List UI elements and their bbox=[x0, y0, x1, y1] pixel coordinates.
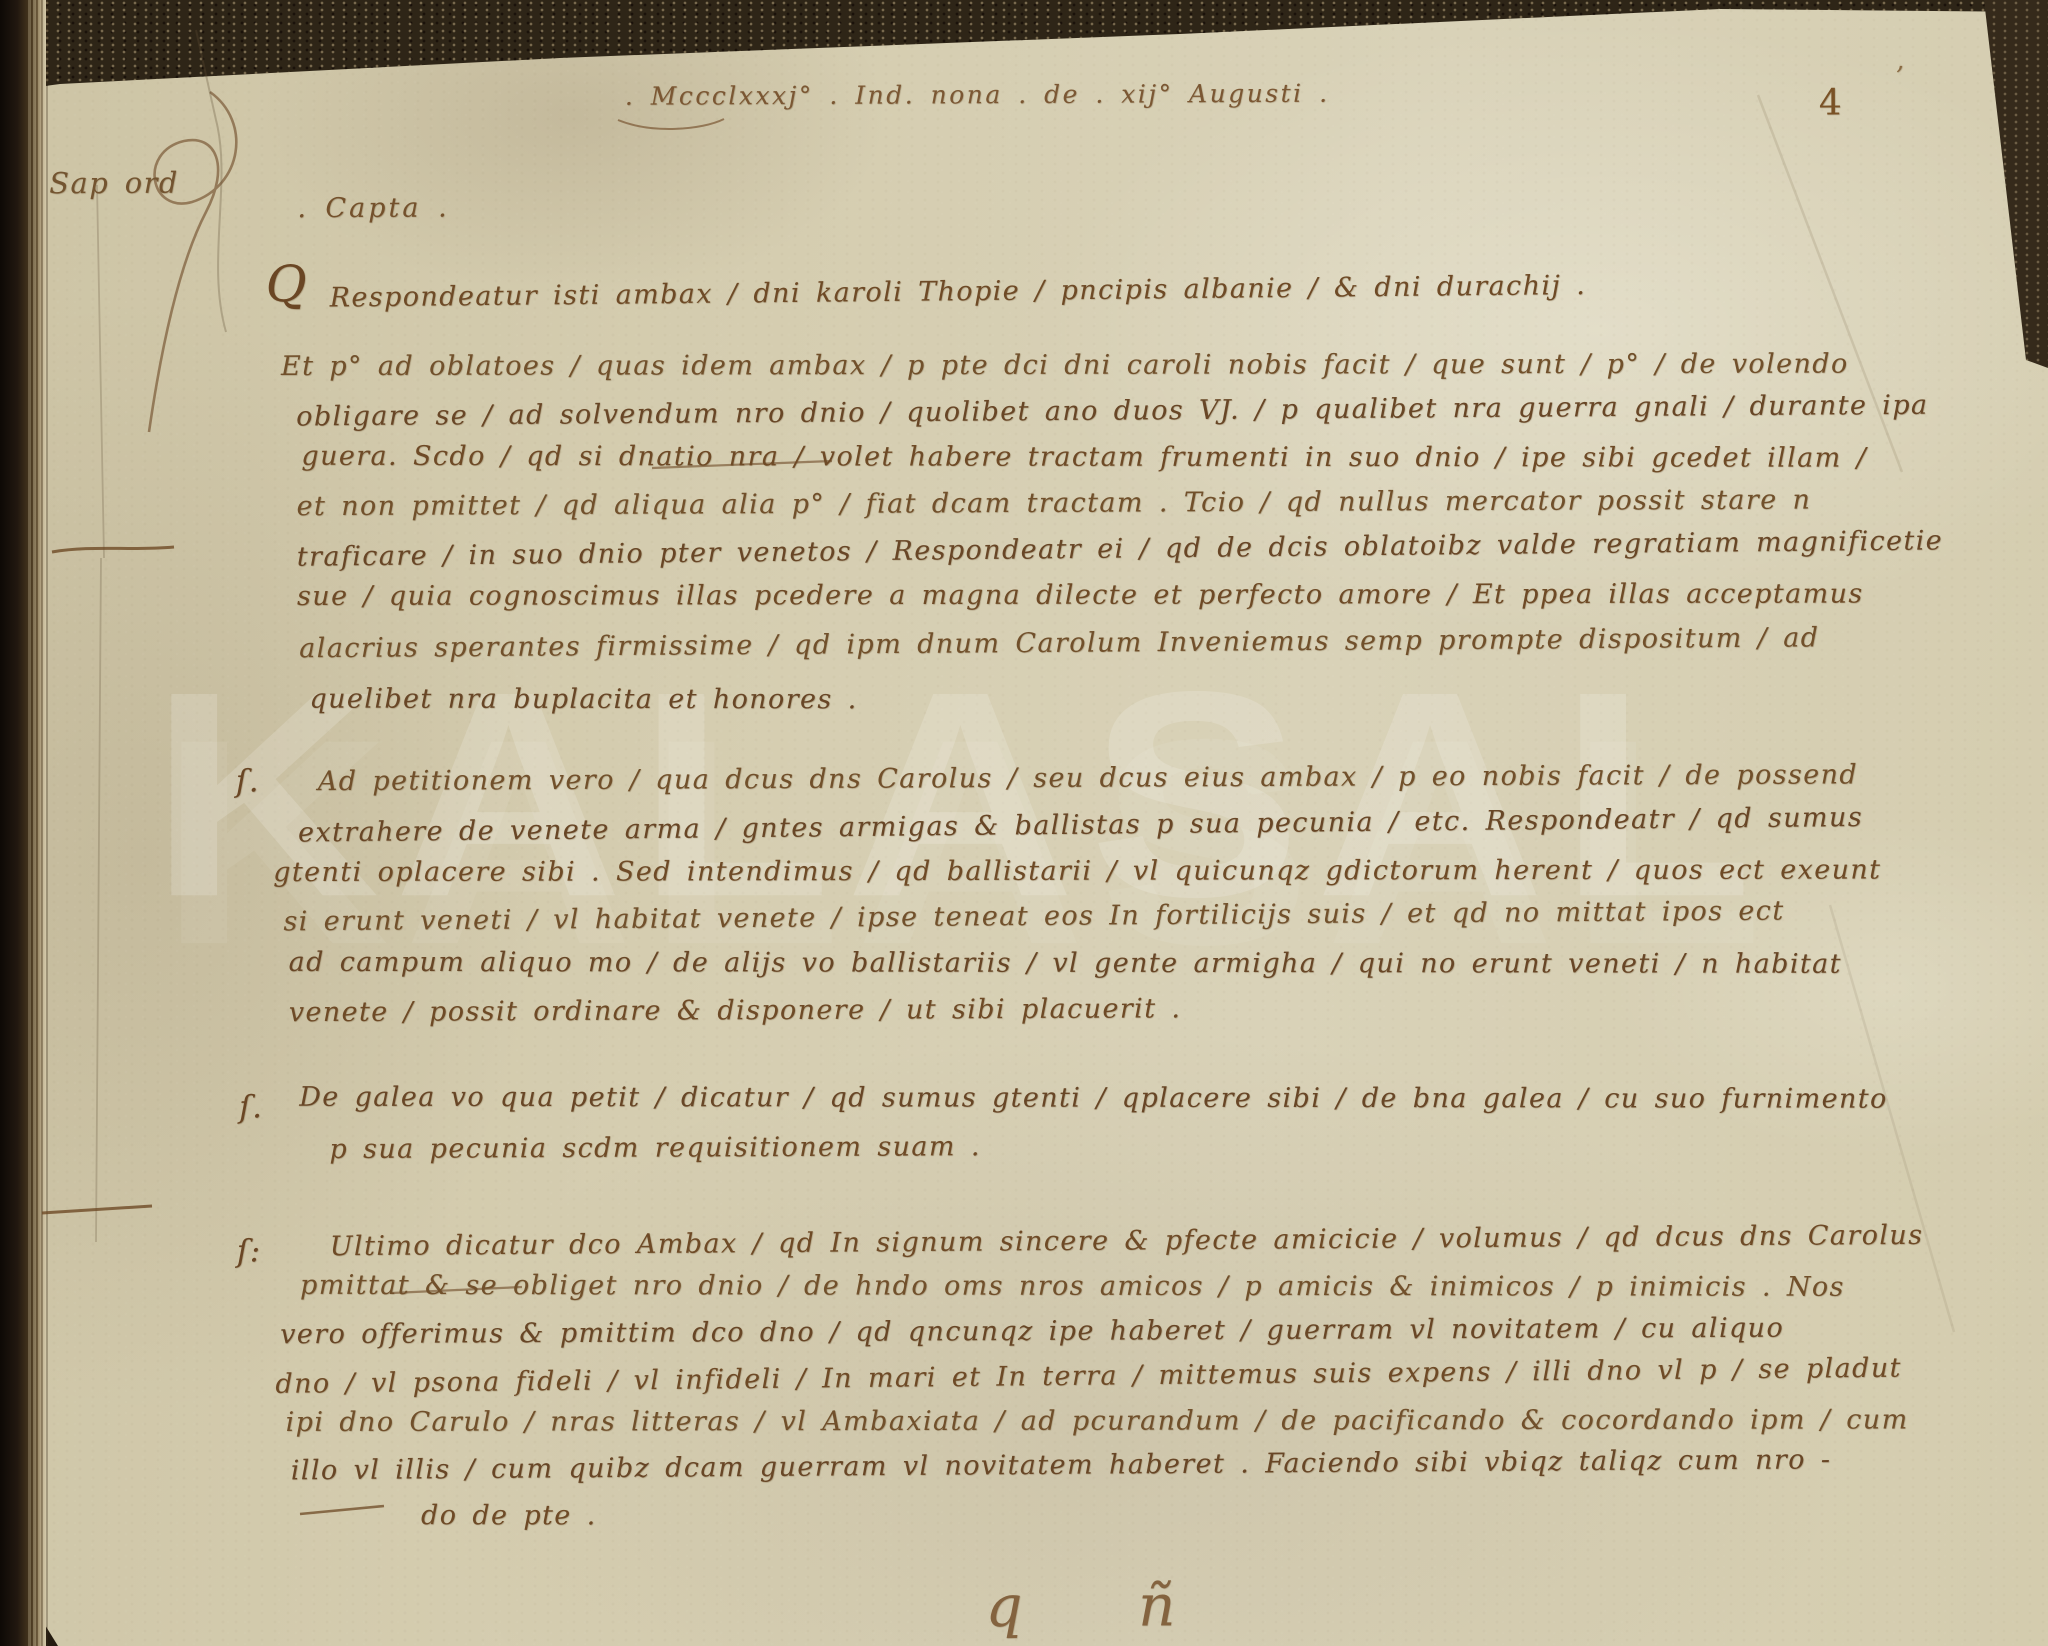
manuscript-line: dno / vl psona fideli / vl infideli / In… bbox=[275, 1353, 1902, 1400]
manuscript-page: KALASAL . Mccclxxxj° . Ind. nona . de . … bbox=[0, 0, 2048, 1646]
manuscript-line: quelibet nra buplacita et honores . bbox=[309, 684, 857, 716]
section-title: . Capta . bbox=[297, 193, 449, 225]
margin-note: Sap ord bbox=[49, 166, 179, 201]
manuscript-line: venete / possit ordinare & disponere / u… bbox=[289, 993, 1182, 1028]
manuscript-line: p sua pecunia scdm requisitionem suam . bbox=[329, 1131, 981, 1165]
bottom-cutoff-fragment: q ñ bbox=[985, 1571, 1221, 1640]
manuscript-line: Et p° ad oblatoes / quas idem ambax / p … bbox=[281, 349, 1849, 382]
ink-text-layer: . Mccclxxxj° . Ind. nona . de . xij° Aug… bbox=[0, 0, 2048, 1646]
manuscript-line: Ultimo dicatur dco Ambax / qd In signum … bbox=[330, 1220, 1924, 1262]
manuscript-line: et non pmittet / qd aliqua alia p° / fia… bbox=[297, 485, 1812, 523]
manuscript-line: obligare se / ad solvendum nro dnio / qu… bbox=[296, 390, 1928, 433]
manuscript-line: traficare / in suo dnio pter venetos / R… bbox=[297, 525, 1944, 572]
manuscript-line: extrahere de venete arma / gntes armigas… bbox=[298, 802, 1863, 849]
manuscript-line: ipi dno Carulo / nras litteras / vl Amba… bbox=[286, 1404, 1909, 1438]
manuscript-line: vero offerimus & pmittim dco dno / qd qn… bbox=[280, 1313, 1784, 1351]
manuscript-line: sue / quia cognoscimus illas pcedere a m… bbox=[297, 579, 1864, 612]
paragraph-marker: ſ: bbox=[237, 1233, 262, 1269]
paragraph-marker: ſ. bbox=[239, 1089, 263, 1125]
manuscript-line: Ad petitionem vero / qua dcus dns Carolu… bbox=[318, 759, 1858, 797]
manuscript-line: gtenti oplacere sibi . Sed intendimus / … bbox=[273, 855, 1881, 889]
folio-number: 4 bbox=[1819, 82, 1843, 123]
manuscript-line: illo vl illis / cum quibz dcam guerram v… bbox=[291, 1444, 1832, 1486]
manuscript-line: guera. Scdo / qd si dnatio nra / volet h… bbox=[301, 441, 1867, 474]
date-heading: . Mccclxxxj° . Ind. nona . de . xij° Aug… bbox=[625, 79, 1330, 111]
manuscript-line: Respondeatur isti ambax / dni karoli Tho… bbox=[330, 270, 1587, 313]
manuscript-line: De galea vo qua petit / dicatur / qd sum… bbox=[299, 1082, 1888, 1115]
manuscript-line: ad campum aliquo mo / de alijs vo ballis… bbox=[289, 947, 1842, 980]
paragraph-marker: ſ. bbox=[236, 763, 260, 799]
manuscript-line: alacrius sperantes firmissime / qd ipm d… bbox=[299, 622, 1819, 664]
manuscript-line: si erunt veneti / vl habitat venete / ip… bbox=[283, 896, 1784, 938]
initial-capital: Q bbox=[266, 255, 309, 313]
manuscript-line: pmittat & se obliget nro dnio / de hndo … bbox=[300, 1270, 1845, 1303]
folio-side-mark: ʼ bbox=[1895, 62, 1905, 92]
manuscript-line: do de pte . bbox=[421, 1500, 597, 1531]
